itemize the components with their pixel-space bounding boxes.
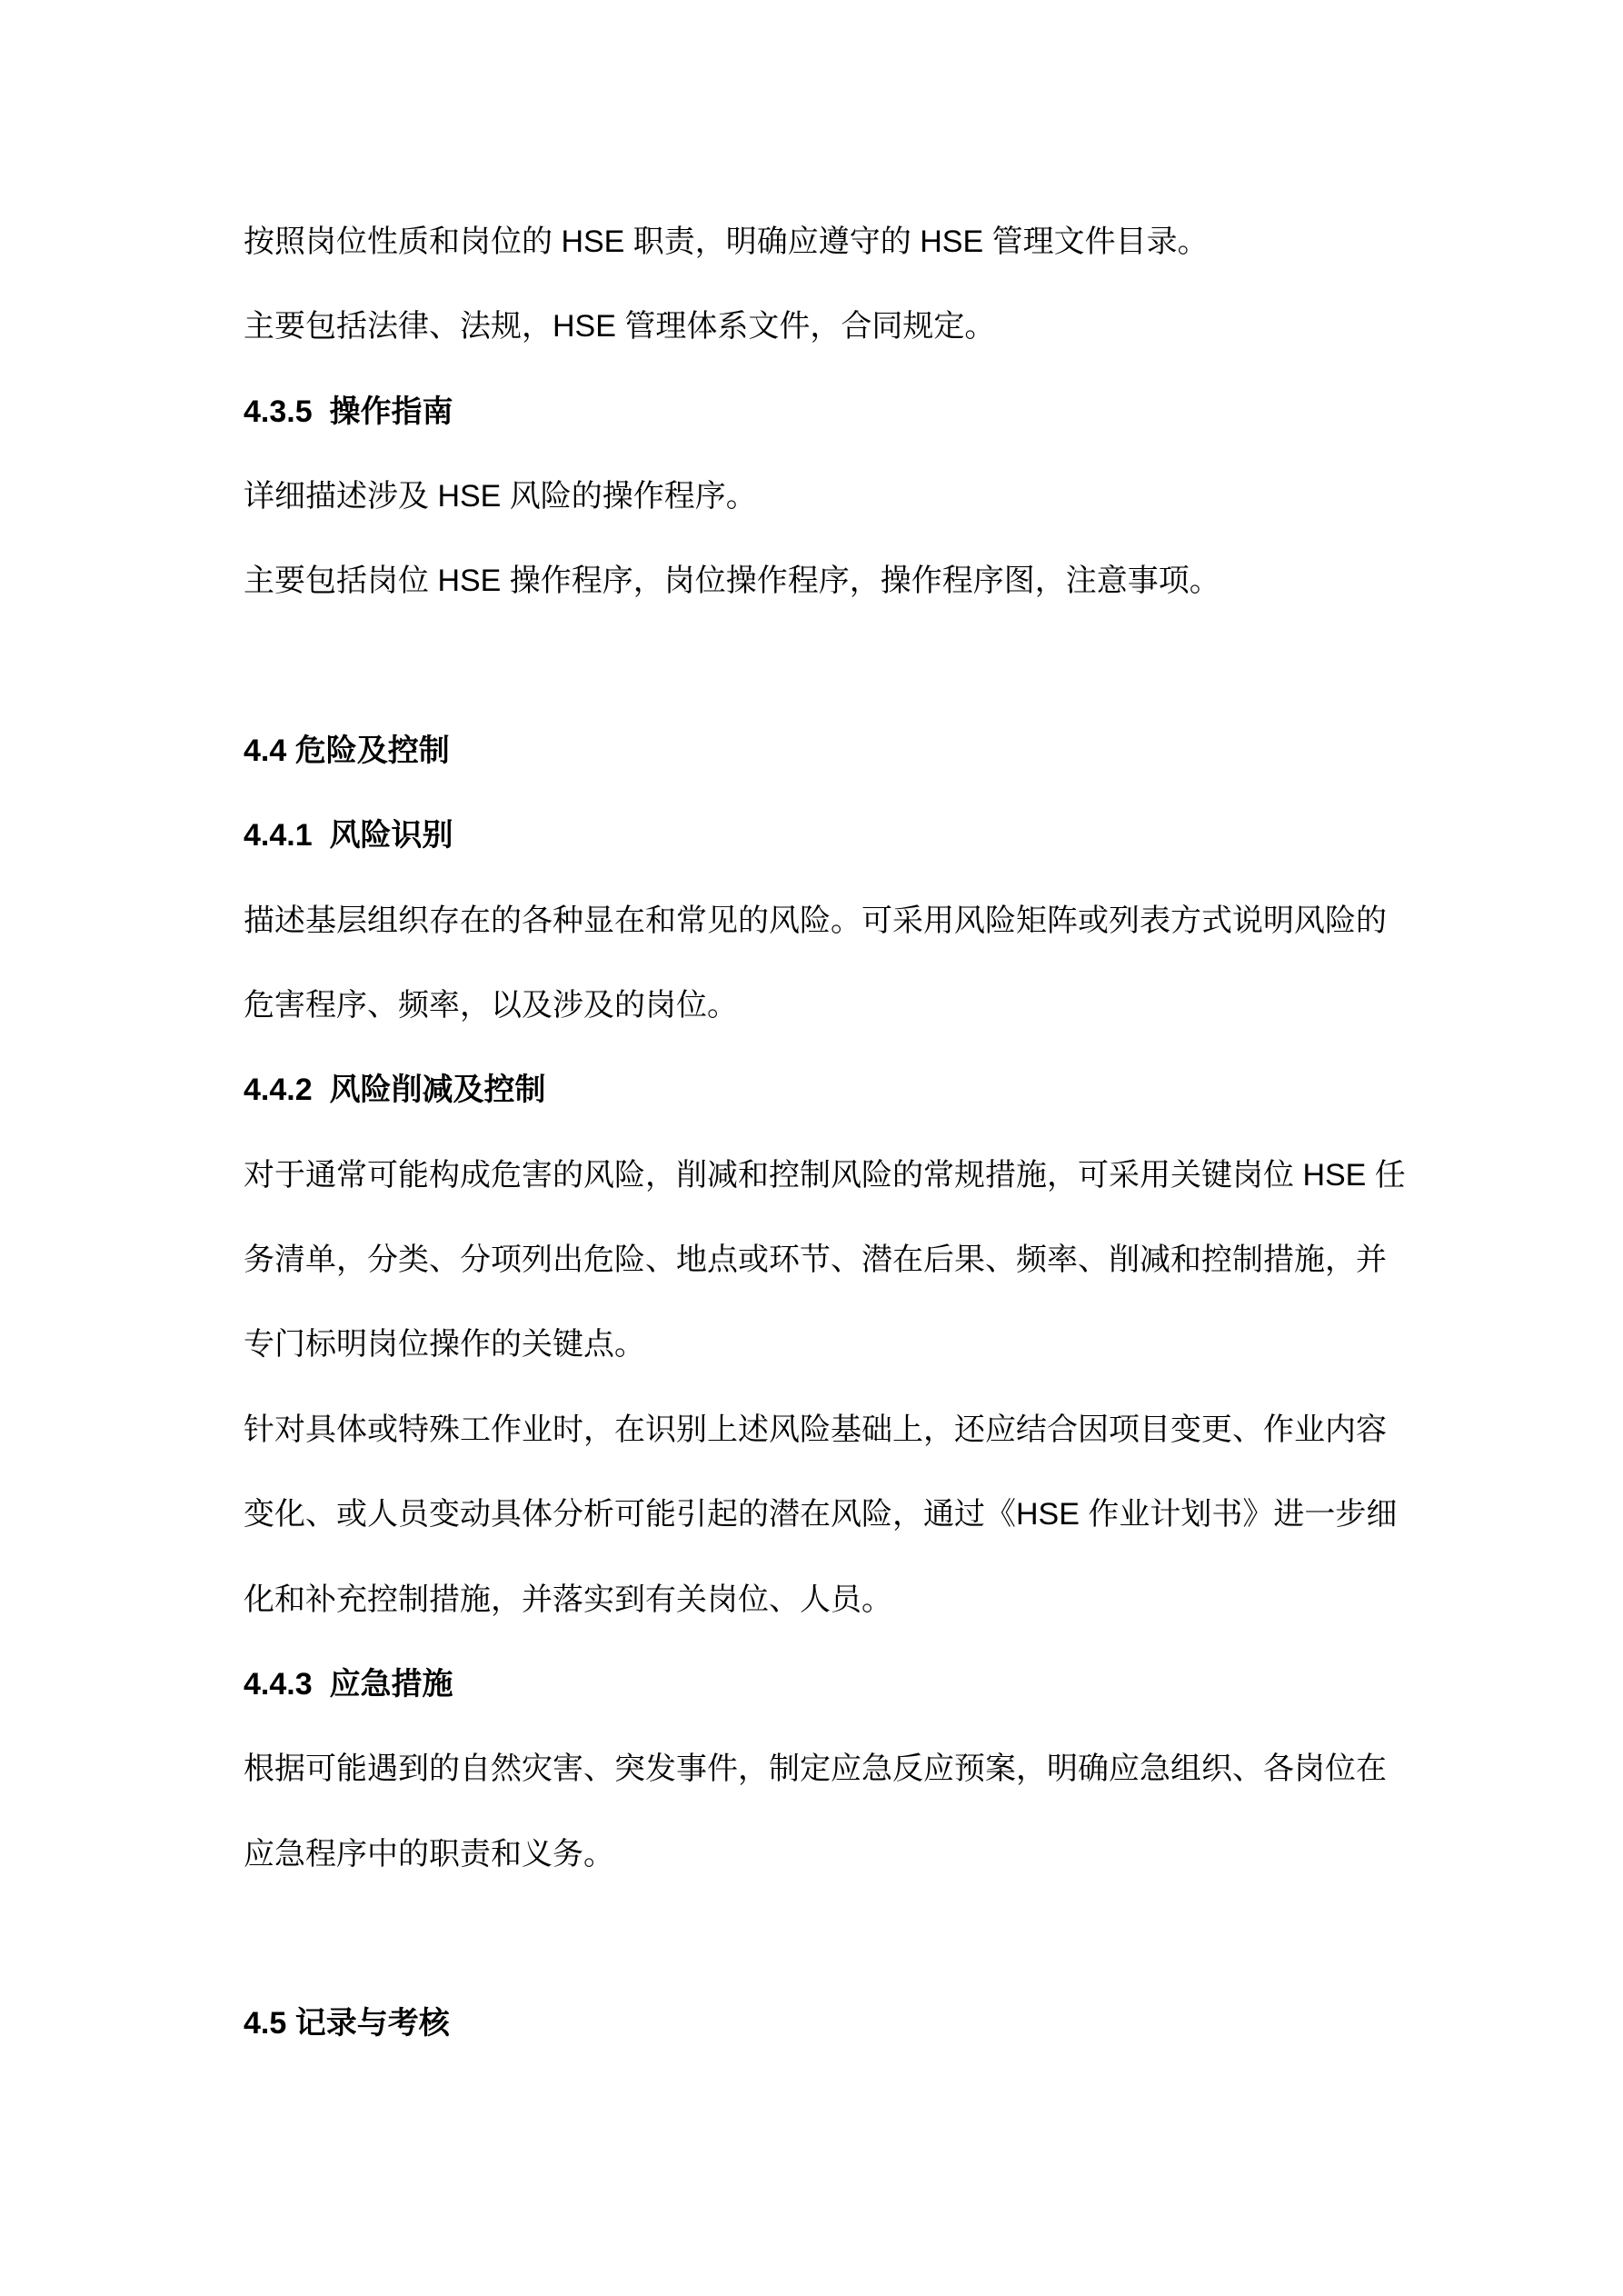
paragraph-line: 按照岗位性质和岗位的 HSE 职责，明确应遵守的 HSE 管理文件目录。 xyxy=(244,200,1425,285)
paragraph-line: 详细描述涉及 HSE 风险的操作程序。 xyxy=(244,454,1425,539)
paragraph-line: 化和补充控制措施，并落实到有关岗位、人员。 xyxy=(244,1558,1425,1642)
paragraph-line: 务清单，分类、分项列出危险、地点或环节、潜在后果、频率、削减和控制措施，并 xyxy=(244,1218,1425,1303)
document-page: 按照岗位性质和岗位的 HSE 职责，明确应遵守的 HSE 管理文件目录。 主要包… xyxy=(0,0,1623,2296)
paragraph-line: 根据可能遇到的自然灾害、突发事件，制定应急反应预案，明确应急组织、各岗位在 xyxy=(244,1727,1425,1812)
paragraph-line: 主要包括岗位 HSE 操作程序，岗位操作程序，操作程序图，注意事项。 xyxy=(244,539,1425,624)
section-heading-4-4: 4.4 危险及控制 xyxy=(244,709,1425,794)
paragraph-line: 危害程序、频率，以及涉及的岗位。 xyxy=(244,963,1425,1048)
paragraph-line: 专门标明岗位操作的关键点。 xyxy=(244,1303,1425,1387)
paragraph-line: 描述基层组织存在的各种显在和常见的风险。可采用风险矩阵或列表方式说明风险的 xyxy=(244,879,1425,963)
blank-line xyxy=(244,1897,1425,1982)
paragraph-line: 针对具体或特殊工作业时，在识别上述风险基础上，还应结合因项目变更、作业内容 xyxy=(244,1388,1425,1472)
paragraph-line: 对于通常可能构成危害的风险，削减和控制风险的常规措施，可采用关键岗位 HSE 任 xyxy=(244,1133,1425,1218)
paragraph-line: 主要包括法律、法规，HSE 管理体系文件，合同规定。 xyxy=(244,285,1425,369)
section-heading-4-5: 4.5 记录与考核 xyxy=(244,1982,1425,2066)
section-heading-4-4-2: 4.4.2 风险削减及控制 xyxy=(244,1048,1425,1133)
document-content: 按照岗位性质和岗位的 HSE 职责，明确应遵守的 HSE 管理文件目录。 主要包… xyxy=(244,200,1425,2067)
paragraph-line: 应急程序中的职责和义务。 xyxy=(244,1812,1425,1897)
section-heading-4-4-3: 4.4.3 应急措施 xyxy=(244,1642,1425,1727)
section-heading-4-3-5: 4.3.5 操作指南 xyxy=(244,370,1425,454)
blank-line xyxy=(244,624,1425,709)
section-heading-4-4-1: 4.4.1 风险识别 xyxy=(244,794,1425,878)
paragraph-line: 变化、或人员变动具体分析可能引起的潜在风险，通过《HSE 作业计划书》进一步细 xyxy=(244,1472,1425,1557)
